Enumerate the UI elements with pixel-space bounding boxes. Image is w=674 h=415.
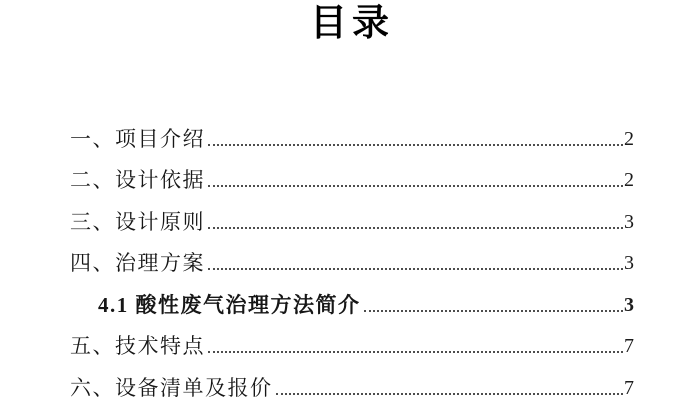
toc-entry-page: 3 xyxy=(624,253,634,274)
toc-entry-page: 2 xyxy=(624,170,634,191)
dot-leader xyxy=(276,393,624,395)
document-content: 目录 一、项目介绍 2 二、设计依据 2 三、设计原则 3 四、治理方案 3 xyxy=(0,2,674,399)
toc-entry-page: 7 xyxy=(624,378,634,399)
toc-entry-page: 7 xyxy=(624,336,634,357)
table-of-contents: 一、项目介绍 2 二、设计依据 2 三、设计原则 3 四、治理方案 3 4.1 xyxy=(70,108,634,399)
toc-entry-label[interactable]: 五、技术特点 xyxy=(70,335,205,357)
dot-leader xyxy=(208,185,623,187)
toc-entry-label[interactable]: 四、治理方案 xyxy=(70,252,205,274)
toc-entry-label[interactable]: 六、设备清单及报价 xyxy=(70,377,273,399)
toc-subentry[interactable]: 4.1 酸性废气治理方法简介 3 xyxy=(70,274,634,316)
toc-entry[interactable]: 二、设计依据 2 xyxy=(70,150,634,192)
toc-entry-label[interactable]: 一、项目介绍 xyxy=(70,128,205,150)
dot-leader xyxy=(208,268,623,270)
toc-entry[interactable]: 三、设计原则 3 xyxy=(70,191,634,233)
dot-leader xyxy=(208,227,623,229)
toc-entry-label[interactable]: 二、设计依据 xyxy=(70,169,205,191)
toc-entry-label[interactable]: 三、设计原则 xyxy=(70,211,205,233)
dot-leader xyxy=(208,144,623,146)
document-page: 目录 一、项目介绍 2 二、设计依据 2 三、设计原则 3 四、治理方案 3 xyxy=(0,0,674,415)
toc-entry[interactable]: 六、设备清单及报价 7 xyxy=(70,357,634,399)
dot-leader xyxy=(208,351,623,353)
toc-entry[interactable]: 五、技术特点 7 xyxy=(70,316,634,358)
dot-leader xyxy=(364,310,624,312)
toc-entry-page: 3 xyxy=(624,295,634,316)
toc-entry-page: 3 xyxy=(624,212,634,233)
document-title: 目录 xyxy=(70,2,634,46)
toc-entry[interactable]: 四、治理方案 3 xyxy=(70,233,634,275)
toc-entry-page: 2 xyxy=(624,129,634,150)
toc-entry-label[interactable]: 4.1 酸性废气治理方法简介 xyxy=(98,294,361,316)
toc-entry[interactable]: 一、项目介绍 2 xyxy=(70,108,634,150)
